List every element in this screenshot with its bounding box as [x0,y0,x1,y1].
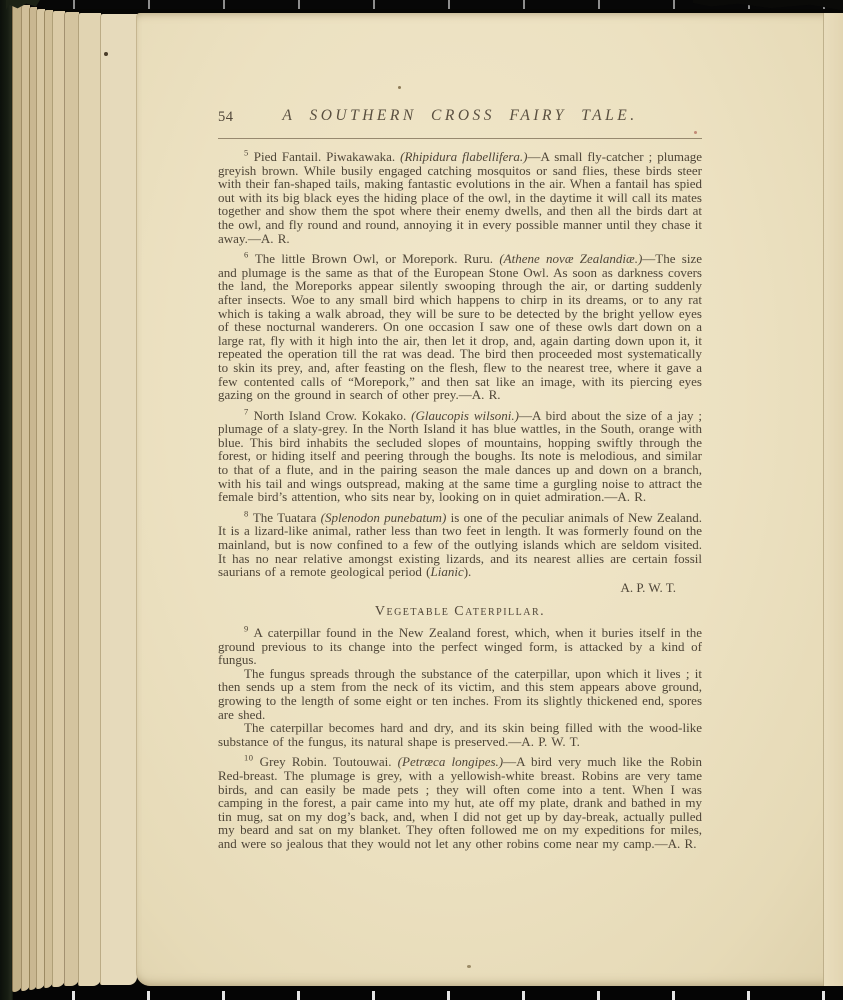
contributor-initials: A. P. W. T. [218,581,702,595]
page-header: 54 A SOUTHERN CROSS FAIRY TALE. [218,104,702,130]
entry-vegetable-caterpillar-end: The caterpillar becomes hard and dry, an… [218,721,702,748]
entry-grey-robin: 10 Grey Robin. Toutouwai. (Petræca longi… [218,755,702,850]
paper-speck [104,52,108,56]
paper-speck [467,965,471,968]
page-number: 54 [218,111,234,125]
scan-ruler-bottom [0,985,843,1000]
page-edge [100,14,137,985]
page-edge [64,12,79,986]
entry-morepork: 6 The little Brown Owl, or Morepork. Rur… [218,252,702,402]
header-rule [218,138,702,139]
page-fore-edge-shade [824,13,843,986]
page-edge [78,13,101,986]
entry-tuatara: 8 The Tuatara (Splenodon punebatum) is o… [218,511,702,579]
page-content: 54 A SOUTHERN CROSS FAIRY TALE. 5 Pied F… [218,104,702,851]
entry-pied-fantail: 5 Pied Fantail. Piwakawaka. (Rhipidura f… [218,150,702,245]
entry-vegetable-caterpillar-continued: The fungus spreads through the substance… [218,667,702,721]
paper-speck [398,86,401,89]
running-title: A SOUTHERN CROSS FAIRY TALE. [218,104,702,123]
page-fold-line [823,13,824,986]
entry-kokako: 7 North Island Crow. Kokako. (Glaucopis … [218,409,702,504]
book-scan-photo: 54 A SOUTHERN CROSS FAIRY TALE. 5 Pied F… [0,0,843,1000]
entry-vegetable-caterpillar: 9 A caterpillar found in the New Zealand… [218,626,702,667]
section-heading: Vegetable Caterpillar. [218,605,702,619]
